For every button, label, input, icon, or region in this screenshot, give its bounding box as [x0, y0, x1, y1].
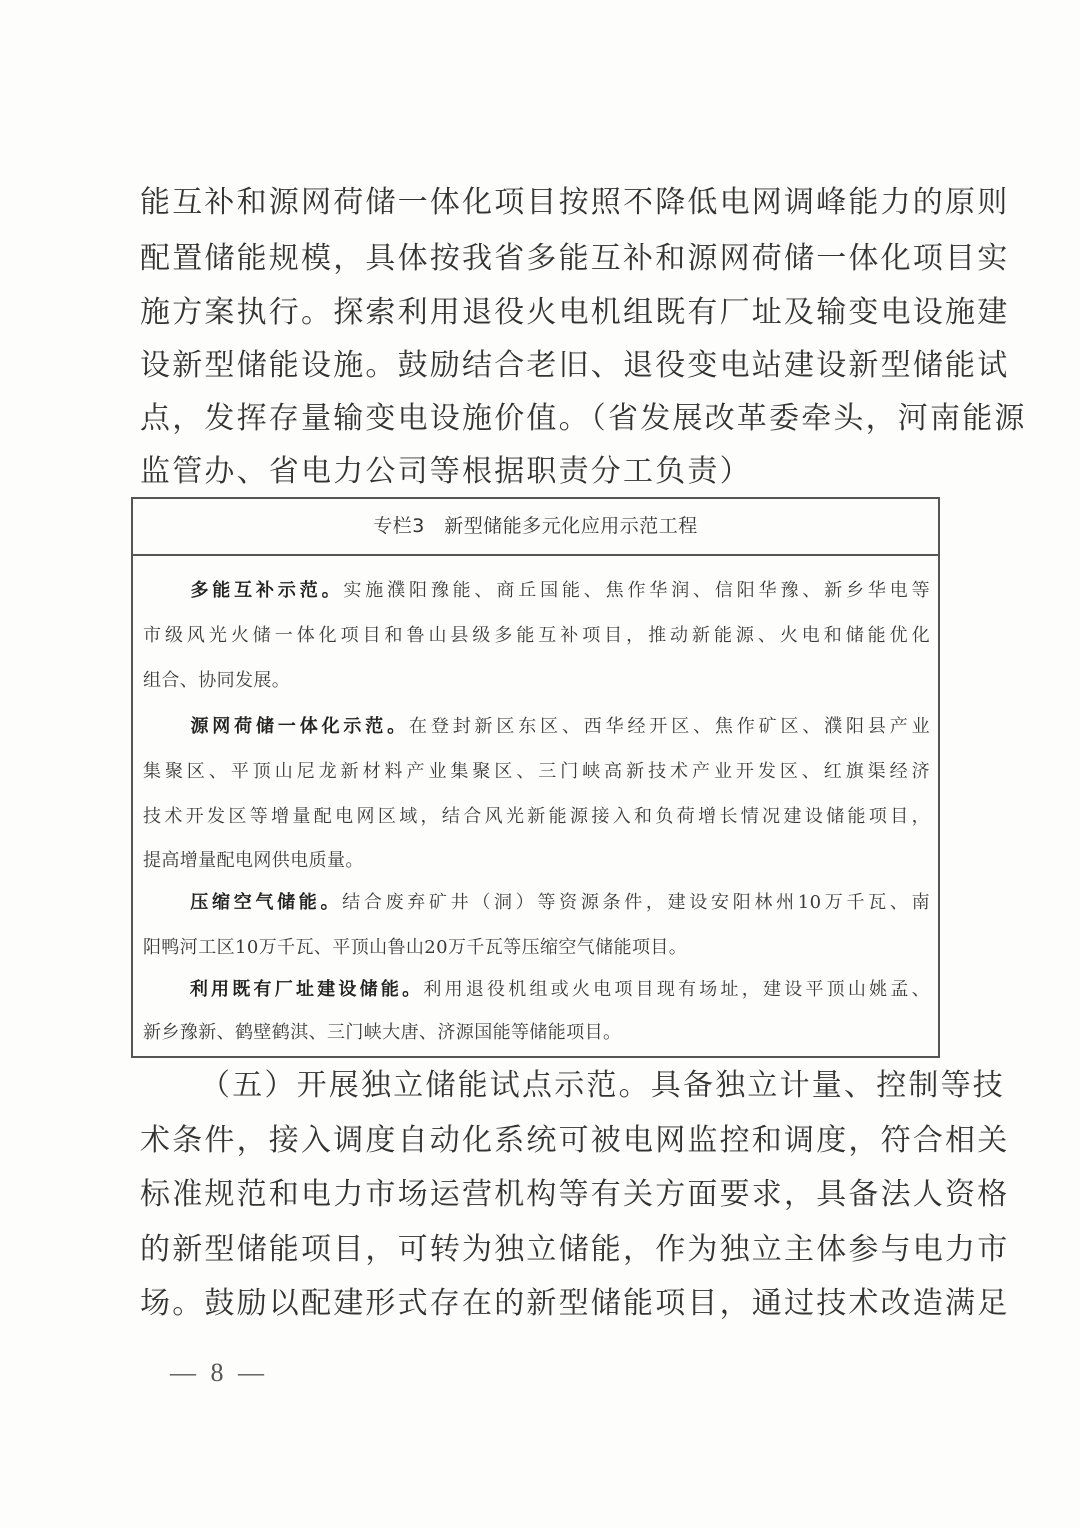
box-item-line: 源网荷储一体化示范。在登封新区东区、西华经开区、焦作矿区、濮阳县产业: [143, 714, 930, 740]
box-item-heading: 源网荷储一体化示范。: [187, 716, 409, 737]
body-line: （五）开展独立储能试点示范。具备独立计量、控制等技: [200, 1066, 935, 1106]
body-line: 场。鼓励以配建形式存在的新型储能项目，通过技术改造满足: [140, 1284, 935, 1324]
box-item-heading: 多能互补示范。: [187, 580, 343, 601]
box-item-line: 组合、协同发展。: [143, 668, 930, 694]
box-item-line: 提高增量配电网供电质量。: [143, 848, 930, 874]
body-line: 点，发挥存量输变电设施价值。（省发展改革委牵头，河南能源: [140, 399, 935, 439]
body-line: 能互补和源网荷储一体化项目按照不降低电网调峰能力的原则: [140, 183, 935, 223]
body-line: 施方案执行。探索利用退役火电机组既有厂址及输变电设施建: [140, 293, 935, 333]
box-item-text: 结合废弃矿井（洞）等资源条件，建设安阳林州10万千瓦、南: [342, 892, 930, 913]
box-item-line: 新乡豫新、鹤壁鹤淇、三门峡大唐、济源国能等储能项目。: [143, 1020, 930, 1046]
body-line: 监管办、省电力公司等根据职责分工负责）: [140, 452, 935, 492]
body-line: 设新型储能设施。鼓励结合老旧、退役变电站建设新型储能试: [140, 346, 935, 386]
box-item-line: 压缩空气储能。结合废弃矿井（洞）等资源条件，建设安阳林州10万千瓦、南: [143, 890, 930, 916]
body-line: 配置储能规模，具体按我省多能互补和源网荷储一体化项目实: [140, 239, 935, 279]
box-item-line: 技术开发区等增量配电网区域，结合风光新能源接入和负荷增长情况建设储能项目，: [143, 804, 930, 830]
box-item-heading: 压缩空气储能。: [187, 892, 342, 913]
box-item-heading: 利用既有厂址建设储能。: [187, 979, 423, 1000]
box-item-text: 实施濮阳豫能、商丘国能、焦作华润、信阳华豫、新乡华电等: [343, 580, 930, 601]
box-item-line: 阳鸭河工区10万千瓦、平顶山鲁山20万千瓦等压缩空气储能项目。: [143, 935, 930, 961]
feature-box: 专栏3 新型储能多元化应用示范工程 多能互补示范。实施濮阳豫能、商丘国能、焦作华…: [131, 497, 940, 1058]
box-item-line: 利用既有厂址建设储能。利用退役机组或火电项目现有场址，建设平顶山姚孟、: [143, 977, 930, 1003]
body-line: 术条件，接入调度自动化系统可被电网监控和调度，符合相关: [140, 1121, 935, 1161]
page-number: — 8 —: [170, 1358, 268, 1388]
body-line: 标准规范和电力市场运营机构等有关方面要求，具备法人资格: [140, 1175, 935, 1215]
feature-box-title: 专栏3 新型储能多元化应用示范工程: [133, 499, 938, 556]
box-item-line: 市级风光火储一体化项目和鲁山县级多能互补项目，推动新能源、火电和储能优化: [143, 623, 930, 649]
box-item-line: 集聚区、平顶山尼龙新材料产业集聚区、三门峡高新技术产业开发区、红旗渠经济: [143, 759, 930, 785]
box-item-text: 利用退役机组或火电项目现有场址，建设平顶山姚孟、: [423, 979, 930, 1000]
body-line: 的新型储能项目，可转为独立储能，作为独立主体参与电力市: [140, 1230, 935, 1270]
box-item-line: 多能互补示范。实施濮阳豫能、商丘国能、焦作华润、信阳华豫、新乡华电等: [143, 578, 930, 604]
box-item-text: 在登封新区东区、西华经开区、焦作矿区、濮阳县产业: [409, 716, 930, 737]
